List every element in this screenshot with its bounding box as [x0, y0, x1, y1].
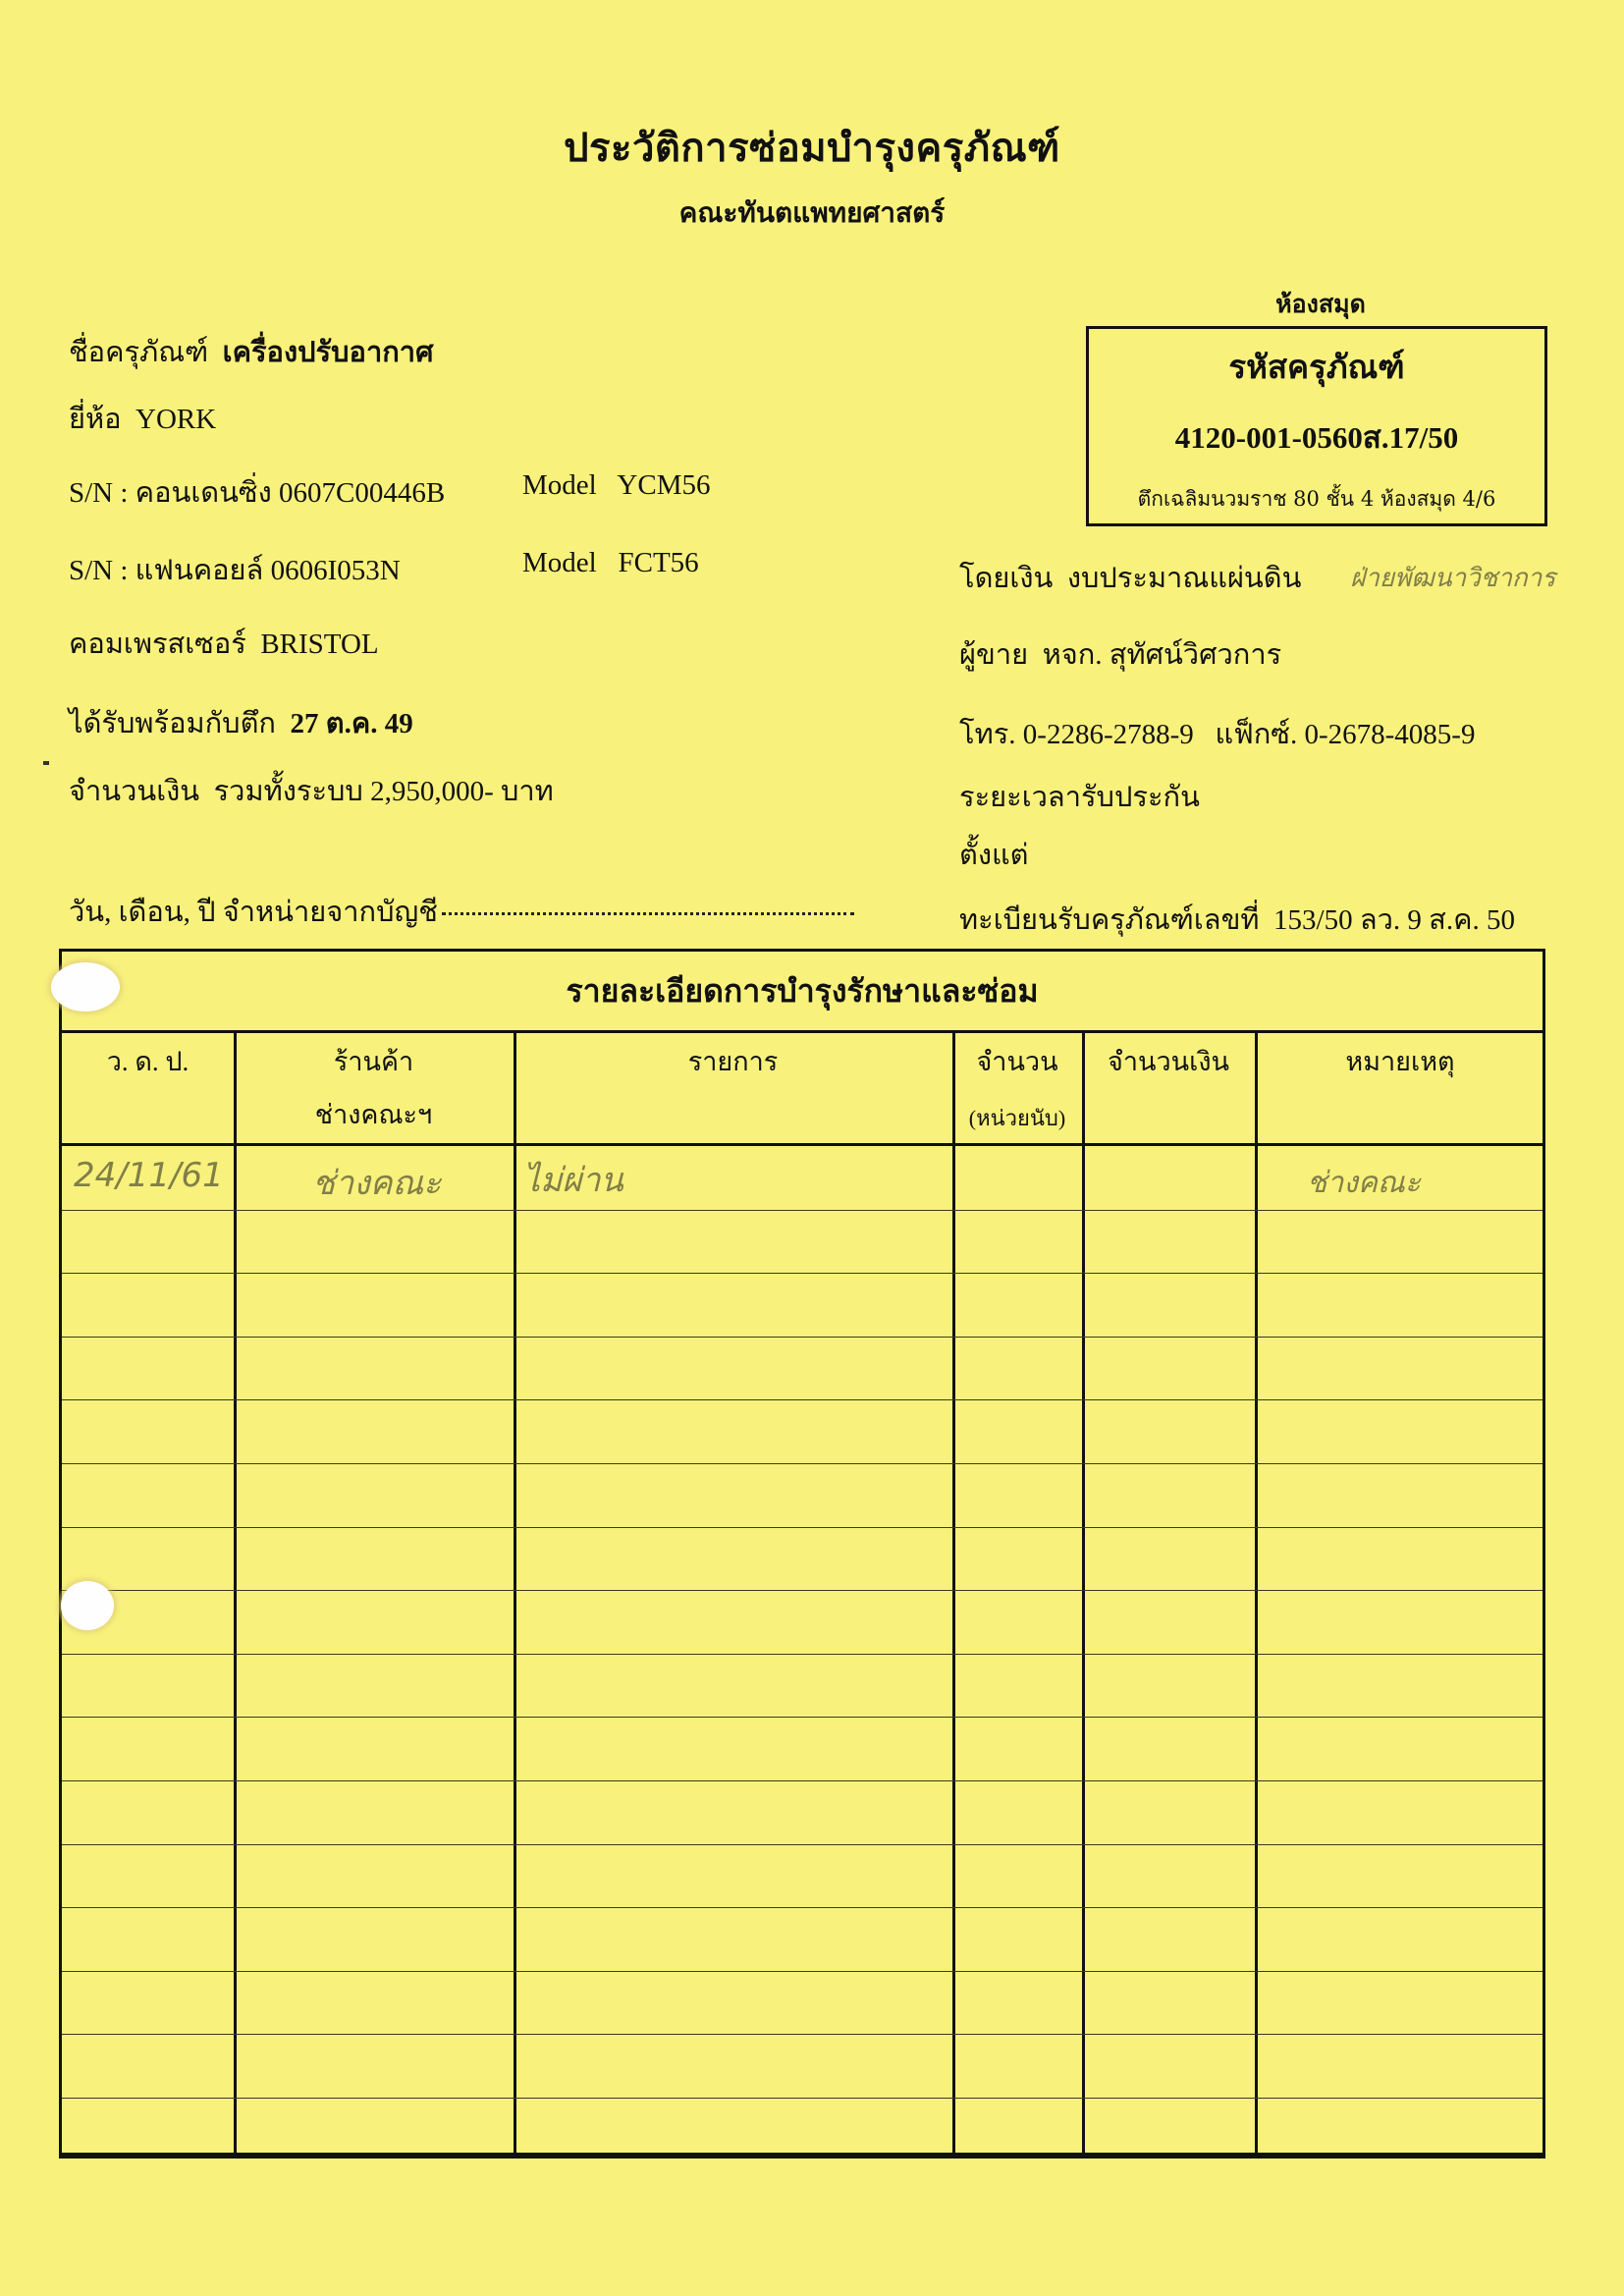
- warranty-label: ระยะเวลารับประกัน: [959, 774, 1200, 819]
- table-row-line: [62, 1273, 1543, 1274]
- funding-field: โดยเงิน งบประมาณแผ่นดิน: [959, 555, 1301, 600]
- sn-fancoil-label: S/N : แฟนคอยล์: [69, 555, 263, 586]
- compressor-field: คอมเพรสเซอร์ BRISTOL: [69, 621, 379, 666]
- table-row-line: [62, 1399, 1543, 1400]
- received-field: ได้รับพร้อมกับตึก 27 ต.ค. 49: [69, 700, 413, 745]
- model-condensing-value: YCM56: [617, 469, 710, 501]
- column-divider: [1255, 1030, 1258, 2153]
- brand-value: YORK: [135, 404, 216, 435]
- model-condensing-label: Model: [522, 469, 597, 501]
- table-row-line: [62, 1654, 1543, 1655]
- table-row-line: [62, 1337, 1543, 1338]
- fax-value: 0-2678-4085-9: [1304, 719, 1475, 750]
- phone-value: 0-2286-2788-9: [1023, 719, 1194, 750]
- table-row-line: [62, 1971, 1543, 1972]
- column-divider: [1082, 1030, 1085, 2153]
- row-1-remark: ช่างคณะ: [1307, 1160, 1421, 1206]
- column-divider: [514, 1030, 516, 2153]
- sn-condensing-field: S/N : คอนเดนซิ่ง 0607C00446B: [69, 469, 445, 515]
- table-row-line: [62, 2034, 1543, 2035]
- contact-field: โทร. 0-2286-2788-9 แฟ็กซ์. 0-2678-4085-9: [959, 711, 1475, 756]
- model-fancoil-field: Model FCT56: [522, 547, 699, 579]
- row-1-item: ไม่ผ่าน: [523, 1153, 623, 1206]
- table-row-line: [62, 1717, 1543, 1718]
- table-row-line: [62, 1527, 1543, 1528]
- model-fancoil-value: FCT56: [618, 547, 698, 578]
- amount-label: จำนวนเงิน: [69, 776, 199, 807]
- stray-mark: [43, 761, 49, 765]
- column-header-item: รายการ: [514, 1030, 952, 1144]
- model-fancoil-label: Model: [522, 547, 597, 578]
- fax-label: แฟ็กซ์.: [1216, 719, 1298, 750]
- sn-condensing-value: 0607C00446B: [279, 477, 445, 509]
- funding-handwritten-note: ฝ่ายพัฒนาวิชาการ: [1350, 558, 1555, 598]
- asset-name-value: เครื่องปรับอากาศ: [223, 337, 434, 368]
- brand-field: ยี่ห้อ YORK: [69, 396, 216, 441]
- form-title: ประวัติการซ่อมบำรุงครุภัณฑ์: [0, 116, 1624, 179]
- disposal-blank-line: [442, 912, 854, 915]
- asset-location: ตึกเฉลิมนวมราช 80 ชั้น 4 ห้องสมุด 4/6: [1089, 483, 1544, 516]
- amount-field: จำนวนเงิน รวมทั้งระบบ 2,950,000- บาท: [69, 768, 554, 813]
- faculty-name: คณะทันตแพทยศาสตร์: [0, 191, 1624, 235]
- received-label: ได้รับพร้อมกับตึก: [69, 708, 276, 739]
- funding-value: งบประมาณแผ่นดิน: [1067, 563, 1302, 594]
- received-value: 27 ต.ค. 49: [291, 708, 413, 739]
- row-1-date: 24/11/61: [74, 1156, 224, 1195]
- column-header-quantity: จำนวน (หน่วยนับ): [952, 1030, 1082, 1144]
- funding-label: โดยเงิน: [959, 563, 1053, 594]
- row-1-vendor: ช่างคณะ: [312, 1156, 441, 1209]
- register-value: 153/50 ลว. 9 ส.ค. 50: [1273, 904, 1515, 936]
- register-field: ทะเบียนรับครุภัณฑ์เลขที่ 153/50 ลว. 9 ส.…: [959, 897, 1515, 942]
- disposal-field: วัน, เดือน, ปี จำหน่ายจากบัญชี: [69, 889, 854, 934]
- asset-code-box: รหัสครุภัณฑ์ 4120-001-0560ส.17/50 ตึกเฉล…: [1086, 326, 1547, 526]
- maintenance-table-title: รายละเอียดการบำรุงรักษาและซ่อม: [62, 952, 1543, 1033]
- punch-hole: [61, 1581, 114, 1630]
- compressor-label: คอมเพรสเซอร์: [69, 629, 246, 660]
- sn-condensing-label: S/N : คอนเดนซิ่ง: [69, 477, 272, 509]
- table-row-line: [62, 1780, 1543, 1781]
- sn-fancoil-value: 0606I053N: [271, 555, 401, 586]
- register-label: ทะเบียนรับครุภัณฑ์เลขที่: [959, 904, 1260, 936]
- column-divider: [234, 1030, 237, 2153]
- brand-label: ยี่ห้อ: [69, 404, 122, 435]
- column-header-amount: จำนวนเงิน: [1082, 1030, 1255, 1144]
- maintenance-table: รายละเอียดการบำรุงรักษาและซ่อม ว. ด. ป. …: [59, 949, 1545, 2159]
- model-condensing-field: Model YCM56: [522, 469, 710, 502]
- seller-value: หจก. สุทัศน์วิศวการ: [1043, 639, 1282, 671]
- column-divider: [952, 1030, 955, 2153]
- punch-hole: [51, 962, 120, 1011]
- amount-value: รวมทั้งระบบ 2,950,000- บาท: [214, 776, 554, 807]
- department-label: ห้องสมุด: [1085, 285, 1556, 324]
- seller-label: ผู้ขาย: [959, 639, 1028, 671]
- column-header-date: ว. ด. ป.: [62, 1030, 234, 1144]
- table-row-line: [62, 1590, 1543, 1591]
- table-row-line: [62, 1844, 1543, 1845]
- header-divider: [62, 1143, 1543, 1146]
- asset-name-field: ชื่อครุภัณฑ์ เครื่องปรับอากาศ: [69, 329, 433, 374]
- compressor-value: BRISTOL: [260, 629, 378, 660]
- warranty-from-label: ตั้งแต่: [959, 832, 1029, 877]
- disposal-label: วัน, เดือน, ปี จำหน่ายจากบัญชี: [69, 897, 438, 928]
- column-header-vendor: ร้านค้า ช่างคณะฯ: [234, 1030, 514, 1144]
- column-header-remark: หมายเหตุ: [1255, 1030, 1545, 1144]
- table-row-line: [62, 2098, 1543, 2099]
- table-row-line: [62, 1210, 1543, 1211]
- table-row-line: [62, 1463, 1543, 1464]
- asset-code-heading: รหัสครุภัณฑ์: [1089, 341, 1544, 393]
- asset-name-label: ชื่อครุภัณฑ์: [69, 337, 208, 368]
- phone-label: โทร.: [959, 719, 1016, 750]
- table-row-line: [62, 1907, 1543, 1908]
- asset-code-value: 4120-001-0560ส.17/50: [1089, 412, 1544, 462]
- sn-fancoil-field: S/N : แฟนคอยล์ 0606I053N: [69, 547, 401, 592]
- seller-field: ผู้ขาย หจก. สุทัศน์วิศวการ: [959, 631, 1281, 677]
